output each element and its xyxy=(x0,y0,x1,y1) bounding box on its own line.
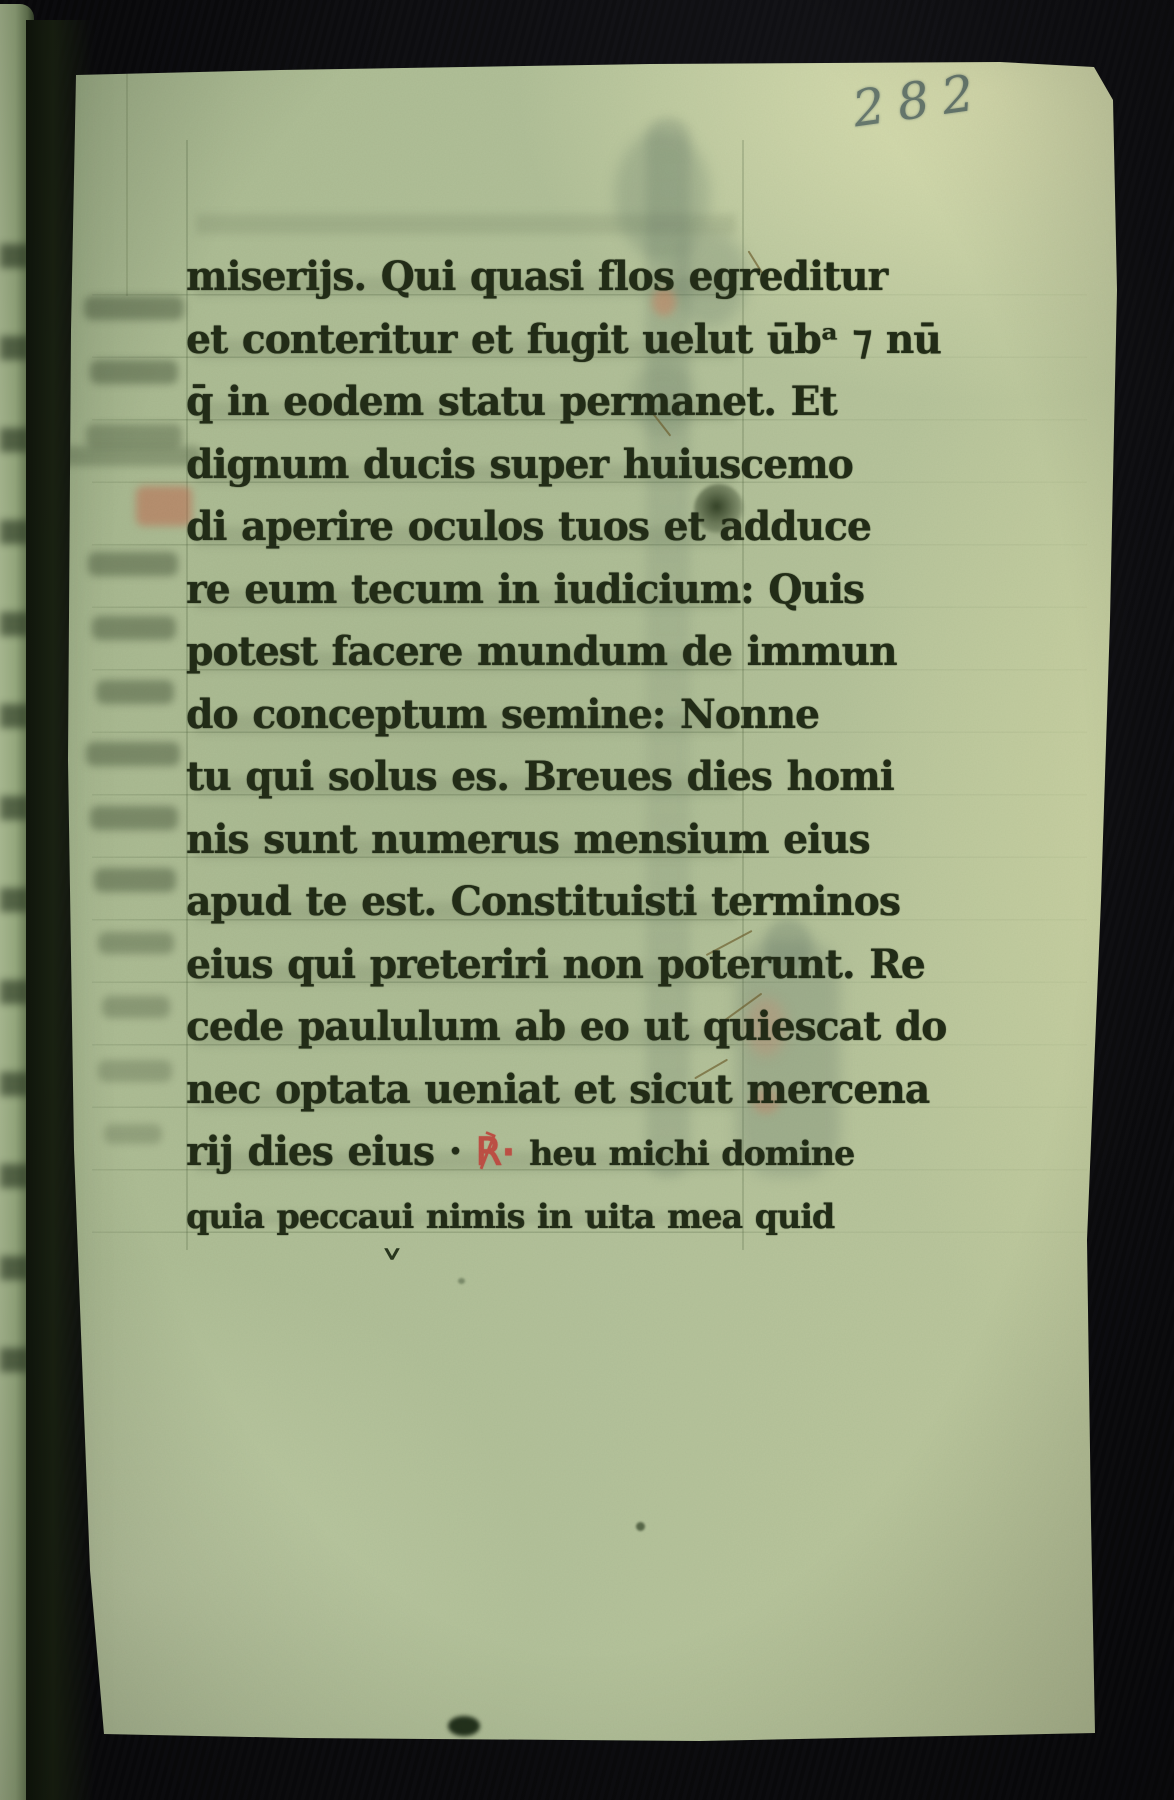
show-through-smudge xyxy=(88,552,178,576)
text-line: eius qui preteriri non poterunt. Re xyxy=(186,934,754,997)
text-line: re eum tecum in iudicium: Quis xyxy=(186,559,754,622)
text-line: tu qui solus es. Breues dies homi xyxy=(186,746,754,809)
show-through-smudge xyxy=(90,360,178,384)
text-block: miserijs. Qui quasi flos egreditur et co… xyxy=(186,246,754,1248)
show-through-smudge xyxy=(98,932,174,954)
response-mark: ℟· xyxy=(476,1130,515,1174)
manuscript-page: miserijs. Qui quasi flos egreditur et co… xyxy=(0,0,1174,1800)
text-line: cede paululum ab eo ut quiescat do xyxy=(186,996,754,1059)
photographed-manuscript-scene: miserijs. Qui quasi flos egreditur et co… xyxy=(0,0,1174,1800)
punctus: · xyxy=(449,1128,462,1175)
text-segment: heu michi domine xyxy=(529,1134,854,1174)
text-line: dignum ducis super huiuscemo xyxy=(186,434,754,497)
text-line: nec optata ueniat et sicut mercena xyxy=(186,1059,754,1122)
text-line: apud te est. Constituisti terminos xyxy=(186,871,754,934)
show-through-smudge xyxy=(104,1124,162,1144)
text-line: miserijs. Qui quasi flos egreditur xyxy=(186,246,754,309)
show-through-smudge xyxy=(98,1060,172,1082)
show-through-rubric xyxy=(136,486,192,526)
show-through-smudge xyxy=(86,424,182,448)
text-line: et conteritur et fugit uelut ūbᵃ ⁊ nū xyxy=(186,309,754,372)
text-line: quia peccaui nimis in uita mea quid xyxy=(186,1186,754,1249)
show-through-smudge xyxy=(84,296,184,320)
show-through-smudge xyxy=(90,806,178,830)
text-line: potest facere mundum de immun xyxy=(186,621,754,684)
edge-blot xyxy=(448,1716,480,1736)
show-through-smudge xyxy=(94,868,176,892)
text-line: di aperire oculos tuos et adduce xyxy=(186,496,754,559)
text-segment: rij dies eius xyxy=(186,1128,434,1175)
quire-mark xyxy=(384,1248,400,1260)
text-line: nis sunt numerus mensium eius xyxy=(186,809,754,872)
speck xyxy=(636,1522,645,1531)
speck xyxy=(458,1278,465,1284)
show-through-smudge xyxy=(86,742,180,766)
ruling-line-margin xyxy=(126,66,128,296)
show-through-smudge xyxy=(102,996,170,1018)
text-line: do conceptum semine: Nonne xyxy=(186,684,754,747)
text-line: q̄ in eodem statu permanet. Et xyxy=(186,371,754,434)
show-through-smudge xyxy=(96,680,174,704)
text-line-with-response: rij dies eius · ℟· heu michi domine xyxy=(186,1121,754,1186)
show-through-smudge xyxy=(92,616,176,640)
